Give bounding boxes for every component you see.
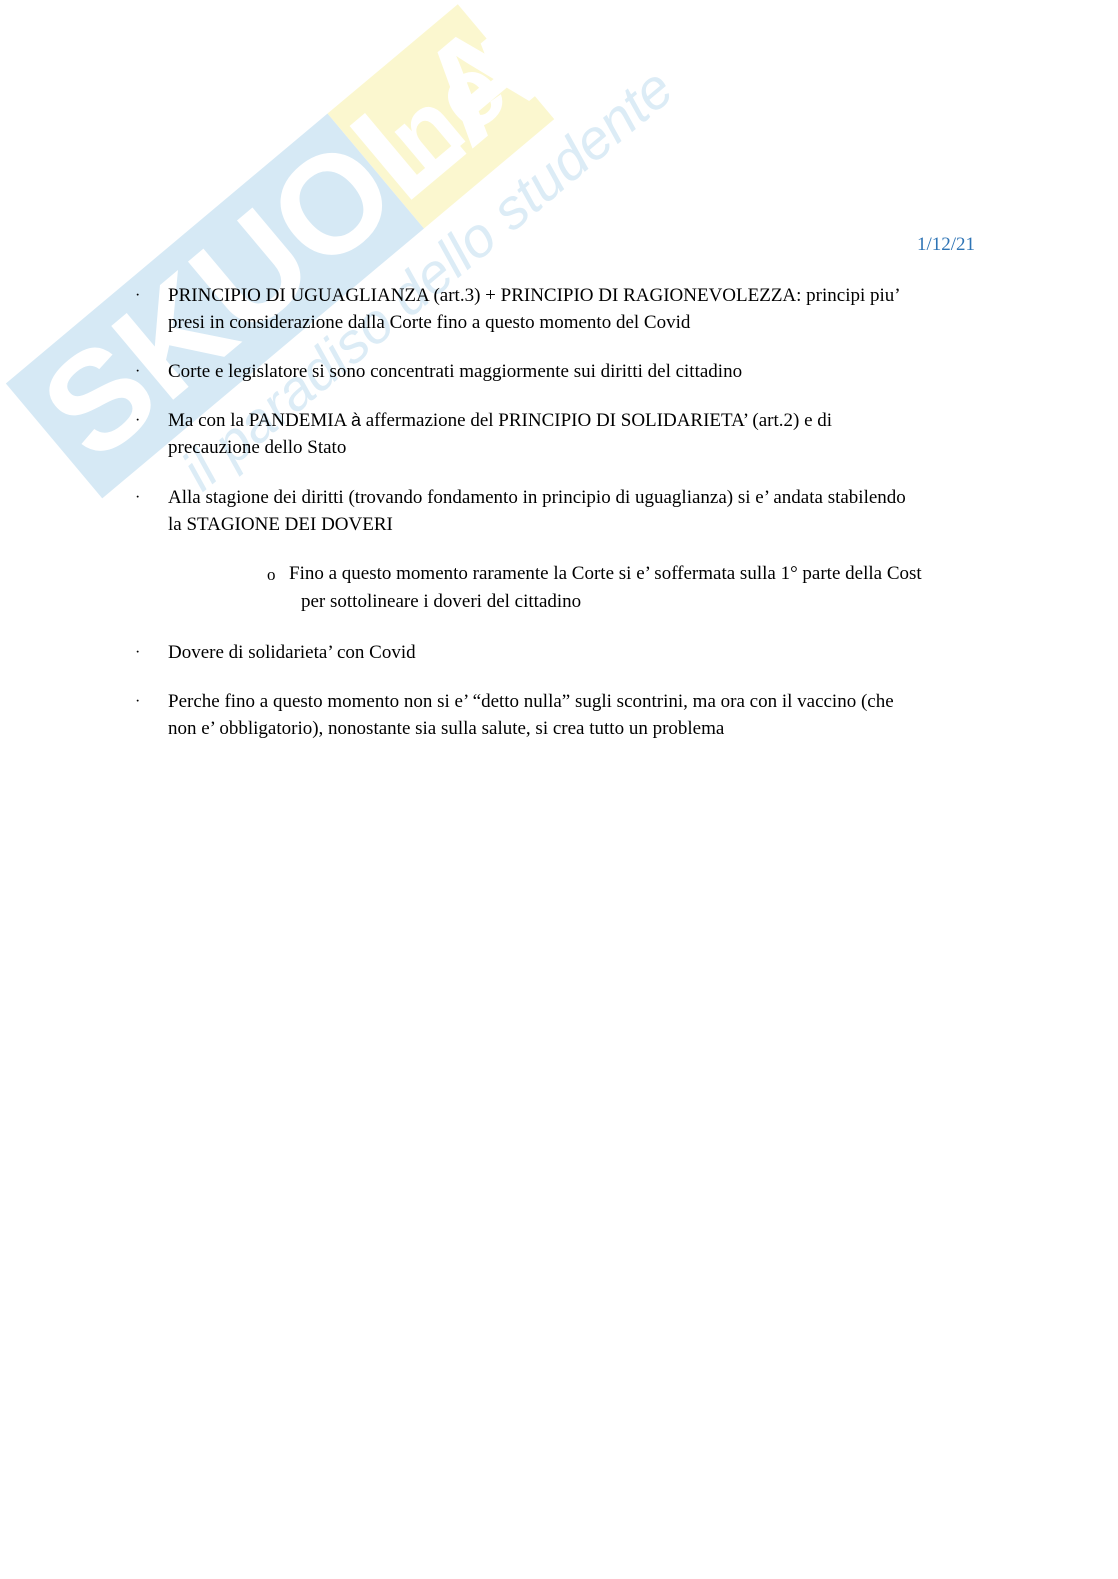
bullet-marker: · bbox=[135, 639, 147, 666]
sub-bullet-text: Fino a questo momento raramente la Corte… bbox=[289, 560, 989, 616]
arrow-icon: à bbox=[351, 410, 361, 430]
bullet-marker: · bbox=[135, 407, 147, 434]
bullet-text-line: Perche fino a questo momento non si e’ “… bbox=[168, 688, 983, 715]
bullet-item: · Ma con la PANDEMIA à affermazione del … bbox=[168, 407, 983, 461]
bullet-marker: · bbox=[135, 358, 147, 385]
bullet-text-line: Ma con la PANDEMIA à affermazione del PR… bbox=[168, 407, 983, 434]
bullet-item: · Perche fino a questo momento non si e’… bbox=[168, 688, 983, 742]
bullet-text-line: Dovere di solidarieta’ con Covid bbox=[168, 639, 983, 666]
bullet-item: · Alla stagione dei diritti (trovando fo… bbox=[168, 484, 983, 538]
bullet-text-line: PRINCIPIO DI UGUAGLIANZA (art.3) + PRINC… bbox=[168, 282, 983, 309]
sub-bullet-text-line: per sottolineare i doveri del cittadino bbox=[289, 588, 989, 616]
bullet-text-line: non e’ obbligatorio), nonostante sia sul… bbox=[168, 715, 983, 742]
document-date: 1/12/21 bbox=[917, 233, 975, 257]
bullet-text-line: Alla stagione dei diritti (trovando fond… bbox=[168, 484, 983, 511]
bullet-text-line: la STAGIONE DEI DOVERI bbox=[168, 511, 983, 538]
bullet-item: · PRINCIPIO DI UGUAGLIANZA (art.3) + PRI… bbox=[168, 282, 983, 336]
bullet-item: · Dovere di solidarieta’ con Covid bbox=[168, 639, 983, 666]
bullet-item: · Corte e legislatore si sono concentrat… bbox=[168, 358, 983, 385]
bullet-text-line: Corte e legislatore si sono concentrati … bbox=[168, 358, 983, 385]
sub-bullet-text-line: Fino a questo momento raramente la Corte… bbox=[289, 563, 922, 584]
document-content: 1/12/21 · PRINCIPIO DI UGUAGLIANZA (art.… bbox=[0, 0, 1118, 1579]
text-before-arrow: Ma con la PANDEMIA bbox=[168, 410, 351, 431]
document-page: SKUOLA .net il paradiso dello studente 1… bbox=[0, 0, 1118, 1579]
sub-bullet-marker: o bbox=[267, 561, 276, 589]
sub-bullet-item: o Fino a questo momento raramente la Cor… bbox=[289, 560, 989, 616]
bullet-marker: · bbox=[135, 282, 147, 309]
bullet-text-line: presi in considerazione dalla Corte fino… bbox=[168, 309, 983, 336]
bullet-text-line: precauzione dello Stato bbox=[168, 434, 983, 461]
text-after-arrow: affermazione del PRINCIPIO DI SOLIDARIET… bbox=[361, 410, 832, 431]
bullet-marker: · bbox=[135, 688, 147, 715]
bullet-marker: · bbox=[135, 484, 147, 511]
